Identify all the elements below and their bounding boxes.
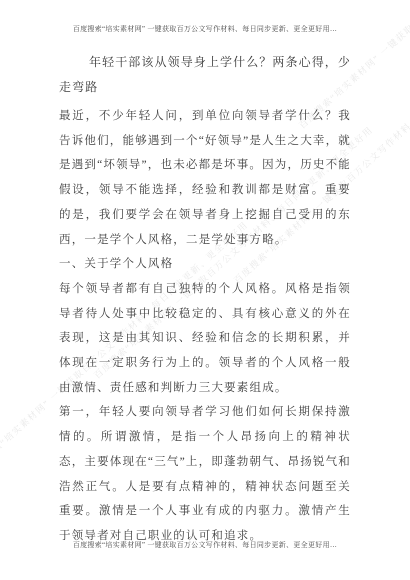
intro-paragraph: 最近，不少年轻人问，到单位向领导者学什么？我告诉他们，能够遇到一个“好领导”是人… [59,104,351,252]
document-body: 年轻干部该从领导身上学什么？两条心得，少走弯路 最近，不少年轻人问，到单位向领导… [59,50,351,549]
header-promo-note: 百度搜索“培实素材网” 一键获取百万公文写作材料、每日同步更新、更全更好用… [0,24,410,34]
section-heading-personal-style: 一、关于学个人风格 [59,252,351,277]
footer-promo-note: 百度搜索“培实素材网” 一键获取百万公文写作材料、每日同步更新、更全更好用… [0,540,410,550]
document-page: 百度搜索“培实素材网” 一键获取百万公文写作材料、每日同步更新、更全更好用 百度… [0,0,410,580]
document-title: 年轻干部该从领导身上学什么？两条心得，少走弯路 [59,50,351,100]
point-paragraph-passion: 第一，年轻人要向领导者学习他们如何长期保持激情的。所谓激情，是指一个人昂扬向上的… [59,400,351,548]
section-paragraph-personal-style: 每个领导者都有自己独特的个人风格。风格是指领导者待人处事中比较稳定的、具有核心意… [59,277,351,401]
